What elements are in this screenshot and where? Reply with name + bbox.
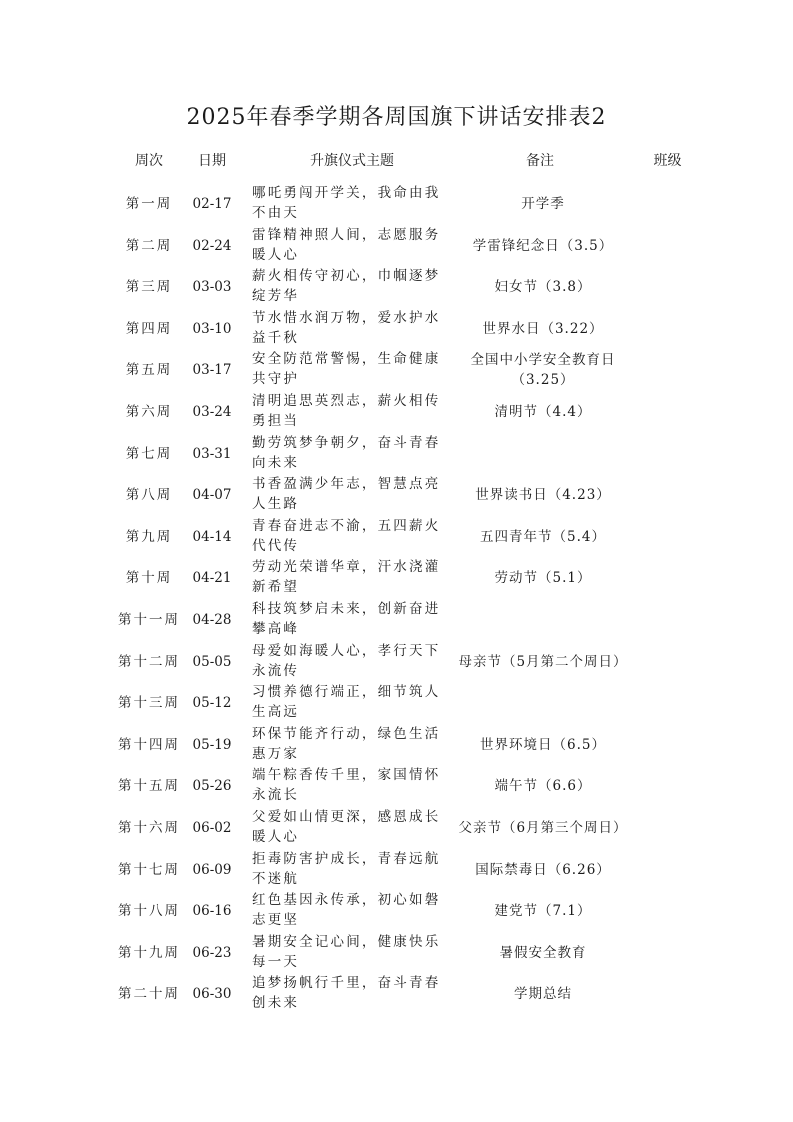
date-cell: 06-23 <box>186 943 238 963</box>
note-cell: 清明节（4.4） <box>450 402 636 422</box>
theme-cell: 清明追思英烈志，薪火相传勇担当 <box>252 391 442 431</box>
theme-cell: 习惯养德行端正，细节筑人生高远 <box>252 682 442 722</box>
week-cell: 第四周 <box>118 319 180 339</box>
theme-cell: 红色基因永传承，初心如磐志更坚 <box>252 890 442 930</box>
theme-cell: 薪火相传守初心，巾帼逐梦绽芳华 <box>252 266 442 306</box>
week-cell: 第十六周 <box>118 818 180 838</box>
note-cell: 劳动节（5.1） <box>450 568 636 588</box>
date-cell: 03-31 <box>186 444 238 464</box>
header-week: 周次 <box>118 150 180 170</box>
note-cell: 五四青年节（5.4） <box>450 527 636 547</box>
table-row: 第八周04-07书香盈满少年志，智慧点亮人生路世界读书日（4.23） <box>0 474 793 516</box>
date-cell: 04-21 <box>186 568 238 588</box>
date-cell: 03-03 <box>186 277 238 297</box>
header-date: 日期 <box>186 150 238 170</box>
week-cell: 第十三周 <box>118 693 180 713</box>
note-cell: 学雷锋纪念日（3.5） <box>450 236 636 256</box>
table-row: 第十二周05-05母爱如海暖人心，孝行天下永流传母亲节（5月第二个周日） <box>0 641 793 683</box>
note-cell: 母亲节（5月第二个周日） <box>450 652 636 672</box>
week-cell: 第十八周 <box>118 901 180 921</box>
date-cell: 03-17 <box>186 360 238 380</box>
week-cell: 第七周 <box>118 444 180 464</box>
table-row: 第十六周06-02父爱如山情更深，感恩成长暖人心父亲节（6月第三个周日） <box>0 807 793 849</box>
note-cell: 父亲节（6月第三个周日） <box>450 818 636 838</box>
note-cell: 暑假安全教育 <box>450 943 636 963</box>
table-row: 第四周03-10节水惜水润万物，爱水护水益千秋世界水日（3.22） <box>0 308 793 350</box>
note-cell: 世界读书日（4.23） <box>450 485 636 505</box>
week-cell: 第十五周 <box>118 776 180 796</box>
note-cell: 开学季 <box>450 194 636 214</box>
table-row: 第九周04-14青春奋进志不渝，五四薪火代代传五四青年节（5.4） <box>0 516 793 558</box>
date-cell: 02-24 <box>186 236 238 256</box>
theme-cell: 劳动光荣谱华章，汗水浇灌新希望 <box>252 557 442 597</box>
table-row: 第十五周05-26端午粽香传千里，家国情怀永流长端午节（6.6） <box>0 765 793 807</box>
week-cell: 第一周 <box>118 194 180 214</box>
week-cell: 第五周 <box>118 360 180 380</box>
date-cell: 06-16 <box>186 901 238 921</box>
date-cell: 05-12 <box>186 693 238 713</box>
week-cell: 第十一周 <box>118 610 180 630</box>
note-cell: 学期总结 <box>450 984 636 1004</box>
theme-cell: 雷锋精神照人间，志愿服务暖人心 <box>252 225 442 265</box>
theme-cell: 书香盈满少年志，智慧点亮人生路 <box>252 474 442 514</box>
document-title: 2025年春季学期各周国旗下讲话安排表2 <box>0 100 793 131</box>
week-cell: 第十二周 <box>118 652 180 672</box>
table-row: 第十一周04-28科技筑梦启未来，创新奋进攀高峰 <box>0 599 793 641</box>
table-row: 第十七周06-09拒毒防害护成长，青春远航不迷航国际禁毒日（6.26） <box>0 849 793 891</box>
note-cell: 全国中小学安全教育日（3.25） <box>450 350 636 390</box>
date-cell: 03-24 <box>186 402 238 422</box>
date-cell: 04-07 <box>186 485 238 505</box>
week-cell: 第十九周 <box>118 943 180 963</box>
table-row: 第十三周05-12习惯养德行端正，细节筑人生高远 <box>0 682 793 724</box>
note-cell: 世界水日（3.22） <box>450 319 636 339</box>
header-theme: 升旗仪式主题 <box>272 150 432 170</box>
note-cell: 世界环境日（6.5） <box>450 735 636 755</box>
date-cell: 06-09 <box>186 860 238 880</box>
date-cell: 04-28 <box>186 610 238 630</box>
note-cell: 建党节（7.1） <box>450 901 636 921</box>
theme-cell: 青春奋进志不渝，五四薪火代代传 <box>252 516 442 556</box>
table-row: 第十四周05-19环保节能齐行动，绿色生活惠万家世界环境日（6.5） <box>0 724 793 766</box>
date-cell: 05-26 <box>186 776 238 796</box>
note-cell: 妇女节（3.8） <box>450 277 636 297</box>
date-cell: 06-02 <box>186 818 238 838</box>
week-cell: 第三周 <box>118 277 180 297</box>
table-row: 第十九周06-23暑期安全记心间，健康快乐每一天暑假安全教育 <box>0 932 793 974</box>
date-cell: 03-10 <box>186 319 238 339</box>
week-cell: 第二十周 <box>118 984 180 1004</box>
table-row: 第二周02-24雷锋精神照人间，志愿服务暖人心学雷锋纪念日（3.5） <box>0 225 793 267</box>
date-cell: 04-14 <box>186 527 238 547</box>
table-row: 第七周03-31勤劳筑梦争朝夕，奋斗青春向未来 <box>0 433 793 475</box>
table-row: 第六周03-24清明追思英烈志，薪火相传勇担当清明节（4.4） <box>0 391 793 433</box>
table-row: 第一周02-17哪吒勇闯开学关，我命由我不由天开学季 <box>0 183 793 225</box>
theme-cell: 父爱如山情更深，感恩成长暖人心 <box>252 807 442 847</box>
note-cell: 端午节（6.6） <box>450 776 636 796</box>
note-cell: 国际禁毒日（6.26） <box>450 860 636 880</box>
theme-cell: 科技筑梦启未来，创新奋进攀高峰 <box>252 599 442 639</box>
week-cell: 第二周 <box>118 236 180 256</box>
week-cell: 第十四周 <box>118 735 180 755</box>
theme-cell: 追梦扬帆行千里，奋斗青春创未来 <box>252 973 442 1013</box>
table-row: 第五周03-17安全防范常警惕，生命健康共守护全国中小学安全教育日（3.25） <box>0 349 793 391</box>
week-cell: 第六周 <box>118 402 180 422</box>
week-cell: 第十七周 <box>118 860 180 880</box>
theme-cell: 节水惜水润万物，爱水护水益千秋 <box>252 308 442 348</box>
theme-cell: 端午粽香传千里，家国情怀永流长 <box>252 765 442 805</box>
theme-cell: 勤劳筑梦争朝夕，奋斗青春向未来 <box>252 433 442 473</box>
theme-cell: 环保节能齐行动，绿色生活惠万家 <box>252 724 442 764</box>
week-cell: 第十周 <box>118 568 180 588</box>
table-row: 第十八周06-16红色基因永传承，初心如磐志更坚建党节（7.1） <box>0 890 793 932</box>
date-cell: 06-30 <box>186 984 238 1004</box>
table-row: 第二十周06-30追梦扬帆行千里，奋斗青春创未来学期总结 <box>0 973 793 1015</box>
theme-cell: 哪吒勇闯开学关，我命由我不由天 <box>252 183 442 223</box>
table-row: 第三周03-03薪火相传守初心，巾帼逐梦绽芳华妇女节（3.8） <box>0 266 793 308</box>
header-class: 班级 <box>640 150 695 170</box>
header-note: 备注 <box>500 150 580 170</box>
week-cell: 第八周 <box>118 485 180 505</box>
date-cell: 02-17 <box>186 194 238 214</box>
date-cell: 05-05 <box>186 652 238 672</box>
theme-cell: 母爱如海暖人心，孝行天下永流传 <box>252 641 442 681</box>
table-row: 第十周04-21劳动光荣谱华章，汗水浇灌新希望劳动节（5.1） <box>0 557 793 599</box>
week-cell: 第九周 <box>118 527 180 547</box>
theme-cell: 暑期安全记心间，健康快乐每一天 <box>252 932 442 972</box>
date-cell: 05-19 <box>186 735 238 755</box>
theme-cell: 拒毒防害护成长，青春远航不迷航 <box>252 849 442 889</box>
theme-cell: 安全防范常警惕，生命健康共守护 <box>252 349 442 389</box>
